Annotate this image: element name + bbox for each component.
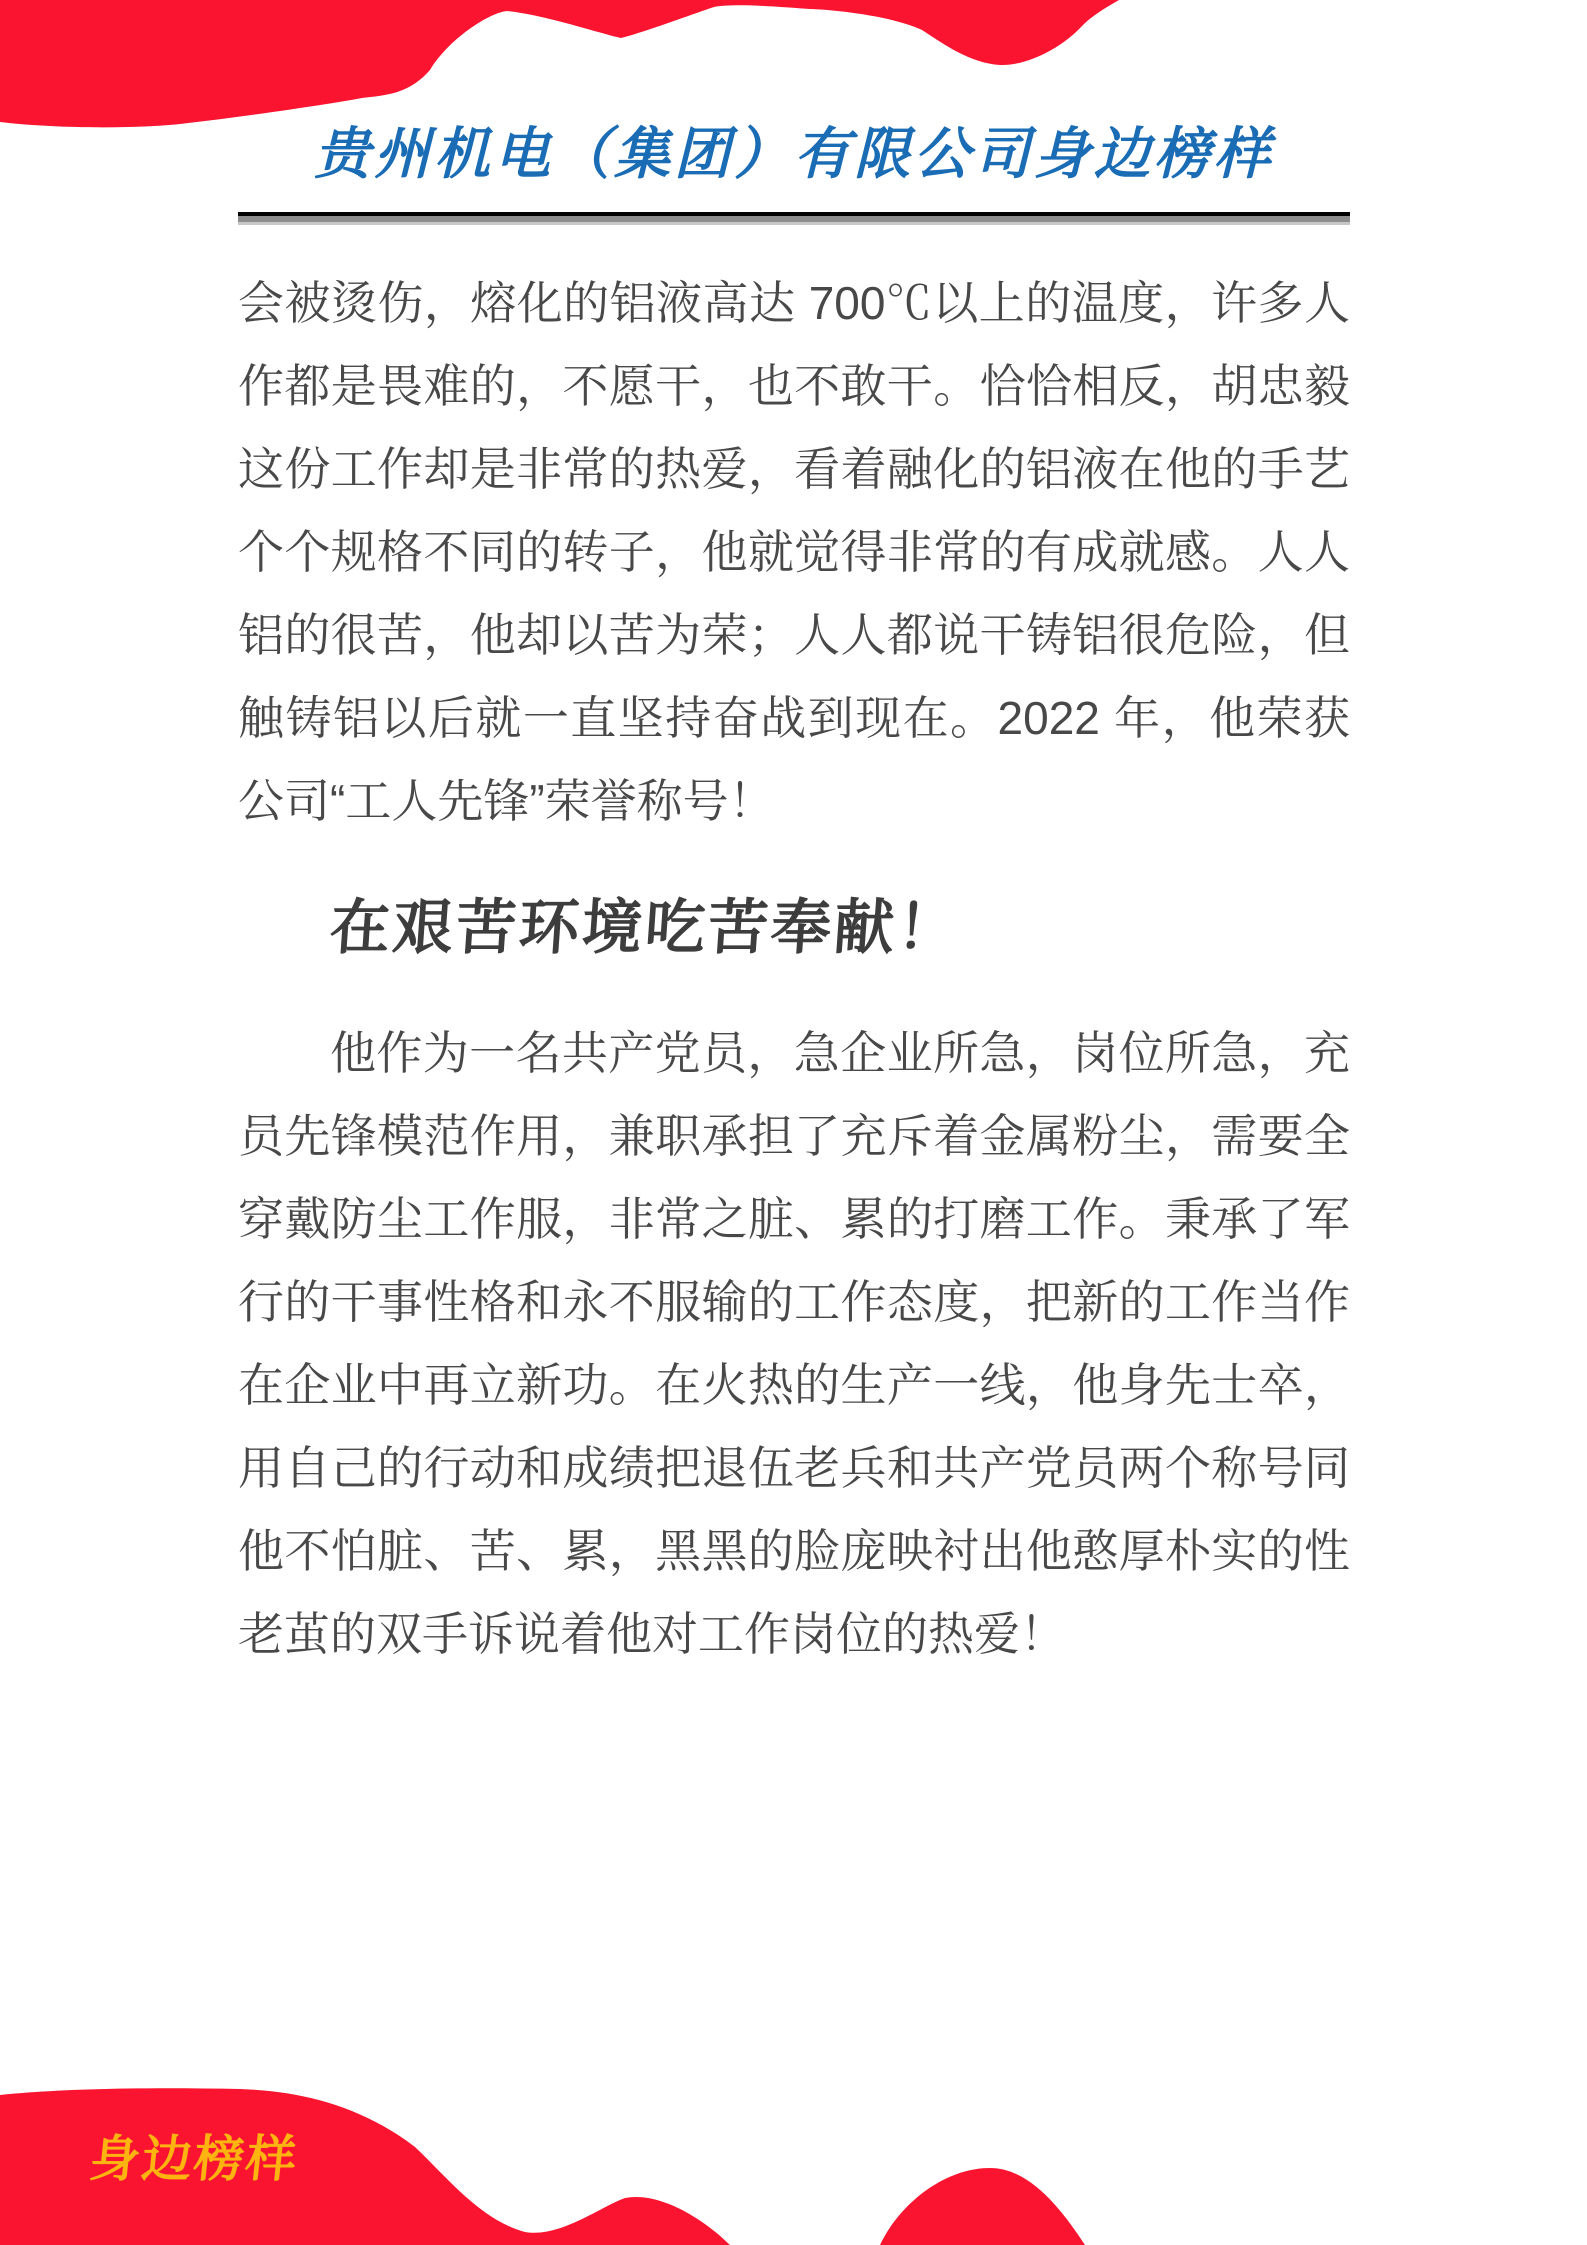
text-line: 老茧的双手诉说着他对工作岗位的热爱！ — [238, 1593, 1350, 1676]
text-line: 他不怕脏、苦、累，黑黑的脸庞映衬出他憨厚朴实的性格，满是 — [238, 1510, 1350, 1593]
text-line: 用自己的行动和成绩把退伍老兵和共产党员两个称号同时擦亮。 — [238, 1427, 1350, 1510]
section-heading: 在艰苦环境吃苦奉献！ — [235, 888, 1353, 968]
text-line: 会被烫伤，熔化的铝液高达 700℃以上的温度，许多人对这种工 — [238, 262, 1350, 345]
header-divider — [238, 212, 1350, 225]
text-line: 触铸铝以后就一直坚持奋战到现在。2022 年，他荣获了市工投 — [238, 677, 1350, 760]
text-line: 作都是畏难的，不愿干，也不敢干。恰恰相反，胡忠毅同志对于 — [238, 345, 1350, 428]
page-title: 贵州机电（集团）有限公司身边榜样 — [238, 116, 1350, 192]
text-line: 员先锋模范作用，兼职承担了充斥着金属粉尘，需要全副武装地 — [238, 1095, 1350, 1178]
text-line: 铝的很苦，他却以苦为荣；人人都说干铸铝很危险，但他自从接 — [238, 594, 1350, 677]
document-page: { "colors": { "ribbon_red": "#FA142F", "… — [0, 0, 1587, 2245]
footer-badge: 身边榜样 — [87, 2132, 301, 2186]
text-line: 公司“工人先锋”荣誉称号！ — [238, 760, 1350, 843]
text-line: 这份工作却是非常的热爱，看着融化的铝液在他的手艺下变成一 — [238, 428, 1350, 511]
text-line: 穿戴防尘工作服，非常之脏、累的打磨工作。秉承了军人雷厉风 — [238, 1178, 1350, 1261]
paragraph-2: 他作为一名共产党员，急企业所急，岗位所急，充分发挥党 员先锋模范作用，兼职承担了… — [238, 1012, 1350, 1676]
text-line: 在企业中再立新功。在火热的生产一线，他身先士卒，吃苦耐劳， — [238, 1344, 1350, 1427]
text-line: 个个规格不同的转子，他就觉得非常的有成就感。人人都说干铸 — [238, 511, 1350, 594]
divider-light-line — [238, 222, 1350, 225]
text-line: 行的干事性格和永不服输的工作态度，把新的工作当作战斗岗位， — [238, 1261, 1350, 1344]
text-line: 他作为一名共产党员，急企业所急，岗位所急，充分发挥党 — [238, 1012, 1350, 1095]
paragraph-1: 会被烫伤，熔化的铝液高达 700℃以上的温度，许多人对这种工 作都是畏难的，不愿… — [238, 262, 1350, 843]
